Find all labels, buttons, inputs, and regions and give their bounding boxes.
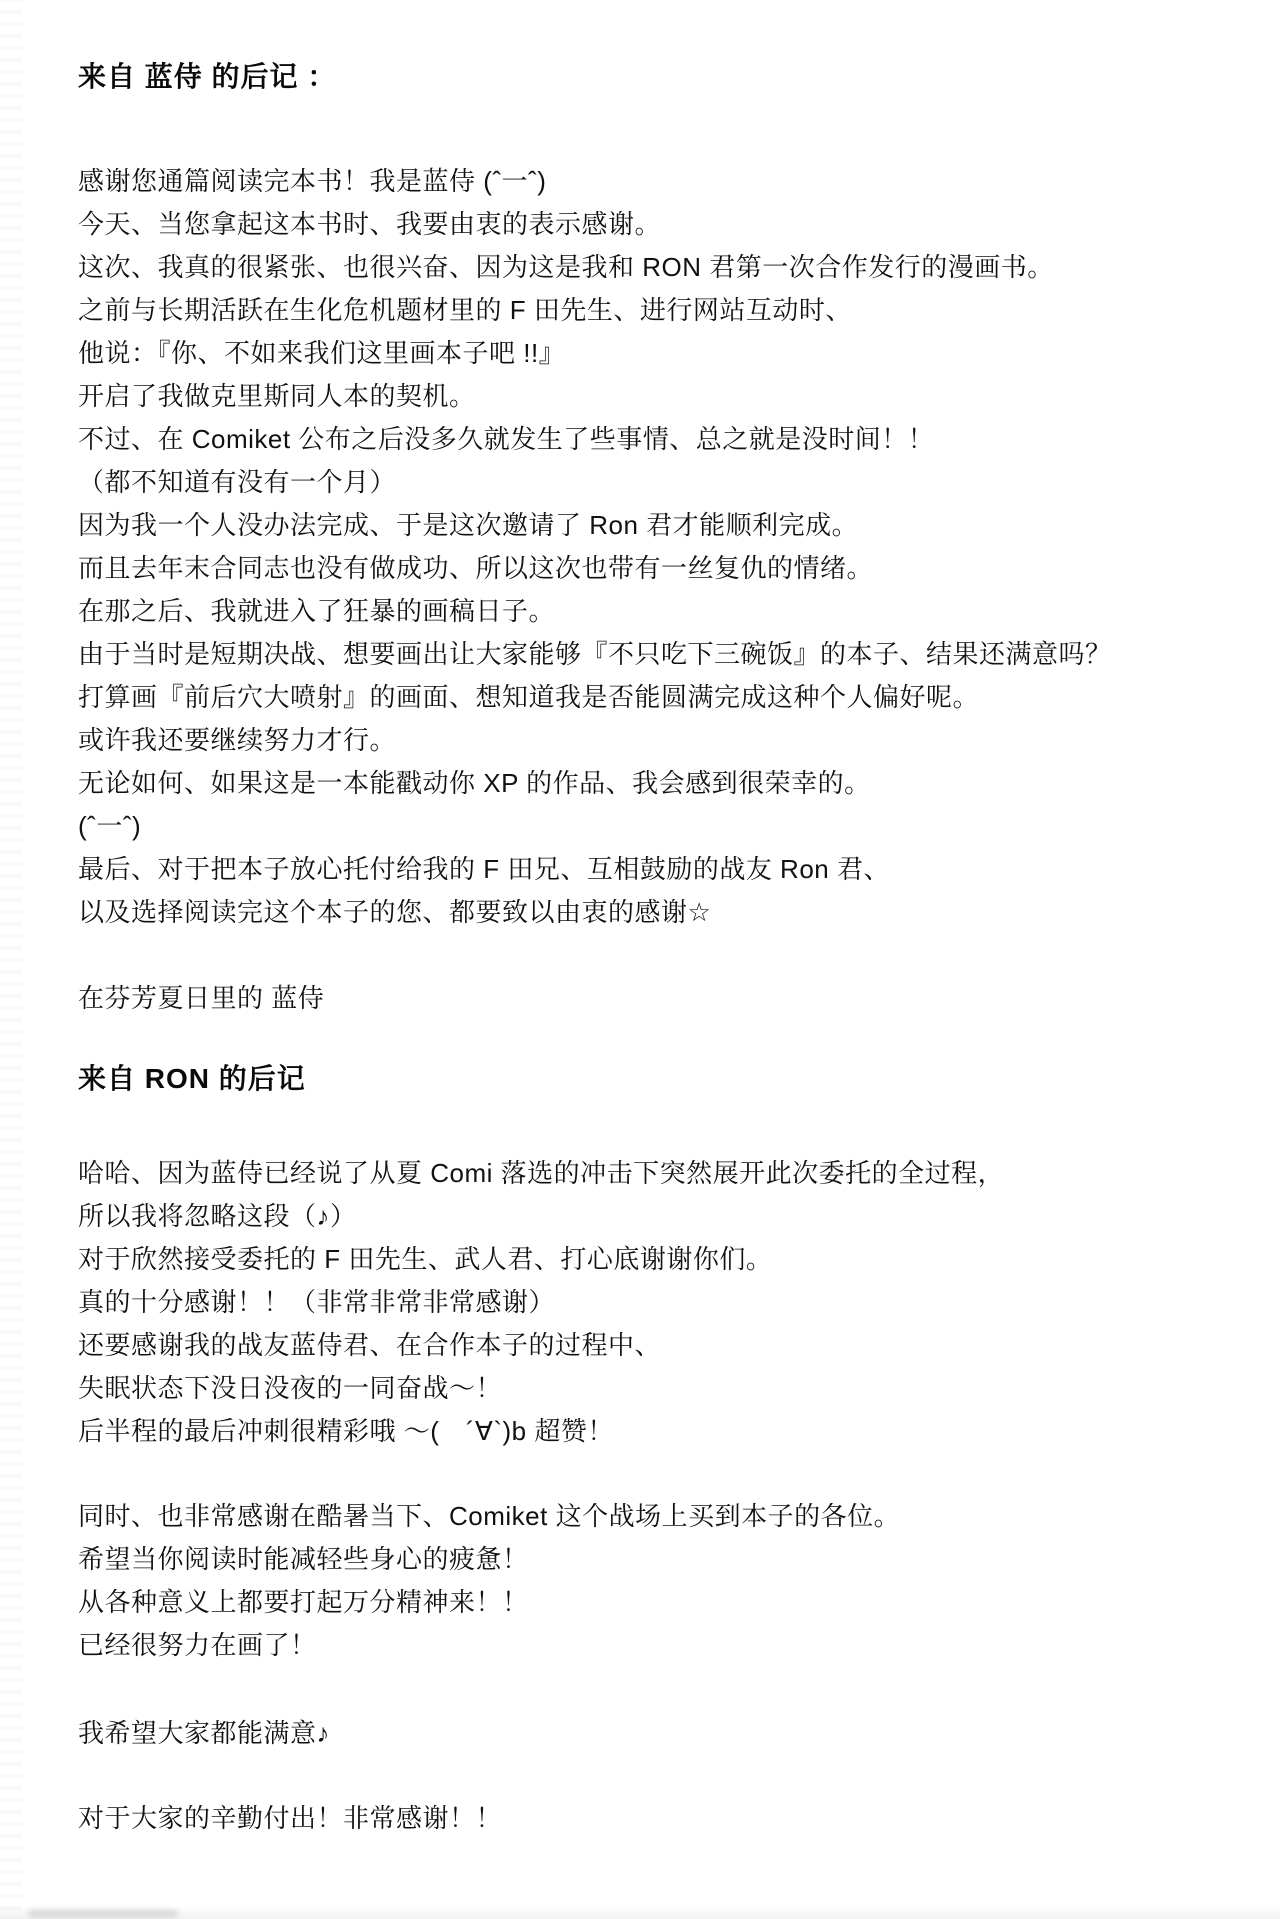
text-line: 他说：『你、不如来我们这里画本子吧 !!』 <box>78 332 1240 375</box>
signature-aoi: 在芬芳夏日里的 蓝侍 <box>78 977 1240 1020</box>
scan-artifact-left <box>0 0 22 1919</box>
text-line: 开启了我做克里斯同人本的契机。 <box>78 375 1240 418</box>
text-line: 对于欣然接受委托的 F 田先生、武人君、打心底谢谢你们。 <box>78 1238 1240 1281</box>
afterword-body-ron-2: 同时、也非常感谢在酷暑当下、Comiket 这个战场上买到本子的各位。 希望当你… <box>78 1495 1240 1667</box>
emoticon-line: (ˆ一ˆ) <box>78 805 1240 848</box>
afterword-body-ron-3: 我希望大家都能满意♪ <box>78 1712 1240 1755</box>
text-line: 无论如何、如果这是一本能戳动你 XP 的作品、我会感到很荣幸的。 <box>78 762 1240 805</box>
afterword-body-ron-1: 哈哈、因为蓝侍已经说了从夏 Comi 落选的冲击下突然展开此次委托的全过程， 所… <box>78 1152 1240 1453</box>
text-line: 从各种意义上都要打起万分精神来！！ <box>78 1581 1240 1624</box>
text-line: 由于当时是短期决战、想要画出让大家能够『不只吃下三碗饭』的本子、结果还满意吗？ <box>78 633 1240 676</box>
text-line: 同时、也非常感谢在酷暑当下、Comiket 这个战场上买到本子的各位。 <box>78 1495 1240 1538</box>
text-line: 哈哈、因为蓝侍已经说了从夏 Comi 落选的冲击下突然展开此次委托的全过程， <box>78 1152 1240 1195</box>
text-line: 已经很努力在画了！ <box>78 1624 1240 1667</box>
afterword-body-ron-4: 对于大家的辛勤付出！非常感谢！！ <box>78 1797 1240 1840</box>
scan-artifact-bottom <box>0 1905 1280 1919</box>
text-line: 而且去年末合同志也没有做成功、所以这次也带有一丝复仇的情绪。 <box>78 547 1240 590</box>
text-line: 打算画『前后穴大喷射』的画面、想知道我是否能圆满完成这种个人偏好呢。 <box>78 676 1240 719</box>
text-line: 后半程的最后冲刺很精彩哦 ～( ´∀`)b 超赞！ <box>78 1410 1240 1453</box>
afterword-page: 来自 蓝侍 的后记 ： 感谢您通篇阅读完本书！我是蓝侍 (ˆ一ˆ) 今天、当您拿… <box>78 58 1240 1840</box>
text-line: 之前与长期活跃在生化危机题材里的 F 田先生、进行网站互动时、 <box>78 289 1240 332</box>
text-line: 这次、我真的很紧张、也很兴奋、因为这是我和 RON 君第一次合作发行的漫画书。 <box>78 246 1240 289</box>
text-line: 因为我一个人没办法完成、于是这次邀请了 Ron 君才能顺利完成。 <box>78 504 1240 547</box>
text-line: 最后、对于把本子放心托付给我的 F 田兄、互相鼓励的战友 Ron 君、 <box>78 848 1240 891</box>
scan-smudge <box>28 1910 178 1917</box>
afterword-heading-aoi: 来自 蓝侍 的后记 ： <box>78 58 1240 96</box>
text-line: 以及选择阅读完这个本子的您、都要致以由衷的感谢☆ <box>78 891 1240 934</box>
text-line: 失眠状态下没日没夜的一同奋战～！ <box>78 1367 1240 1410</box>
text-line: 还要感谢我的战友蓝侍君、在合作本子的过程中、 <box>78 1324 1240 1367</box>
text-line: 或许我还要继续努力才行。 <box>78 719 1240 762</box>
text-line: 所以我将忽略这段（♪） <box>78 1195 1240 1238</box>
text-line: 感谢您通篇阅读完本书！我是蓝侍 (ˆ一ˆ) <box>78 160 1240 203</box>
text-line: 我希望大家都能满意♪ <box>78 1712 1240 1755</box>
text-line: （都不知道有没有一个月） <box>78 461 1240 504</box>
text-line: 希望当你阅读时能减轻些身心的疲惫！ <box>78 1538 1240 1581</box>
afterword-heading-ron: 来自 RON 的后记 <box>78 1060 1240 1098</box>
text-line: 今天、当您拿起这本书时、我要由衷的表示感谢。 <box>78 203 1240 246</box>
text-line: 真的十分感谢！！（非常非常非常感谢） <box>78 1281 1240 1324</box>
text-line: 在那之后、我就进入了狂暴的画稿日子。 <box>78 590 1240 633</box>
afterword-body-aoi: 感谢您通篇阅读完本书！我是蓝侍 (ˆ一ˆ) 今天、当您拿起这本书时、我要由衷的表… <box>78 160 1240 934</box>
text-line: 不过、在 Comiket 公布之后没多久就发生了些事情、总之就是没时间！！ <box>78 418 1240 461</box>
text-line: 对于大家的辛勤付出！非常感谢！！ <box>78 1797 1240 1840</box>
